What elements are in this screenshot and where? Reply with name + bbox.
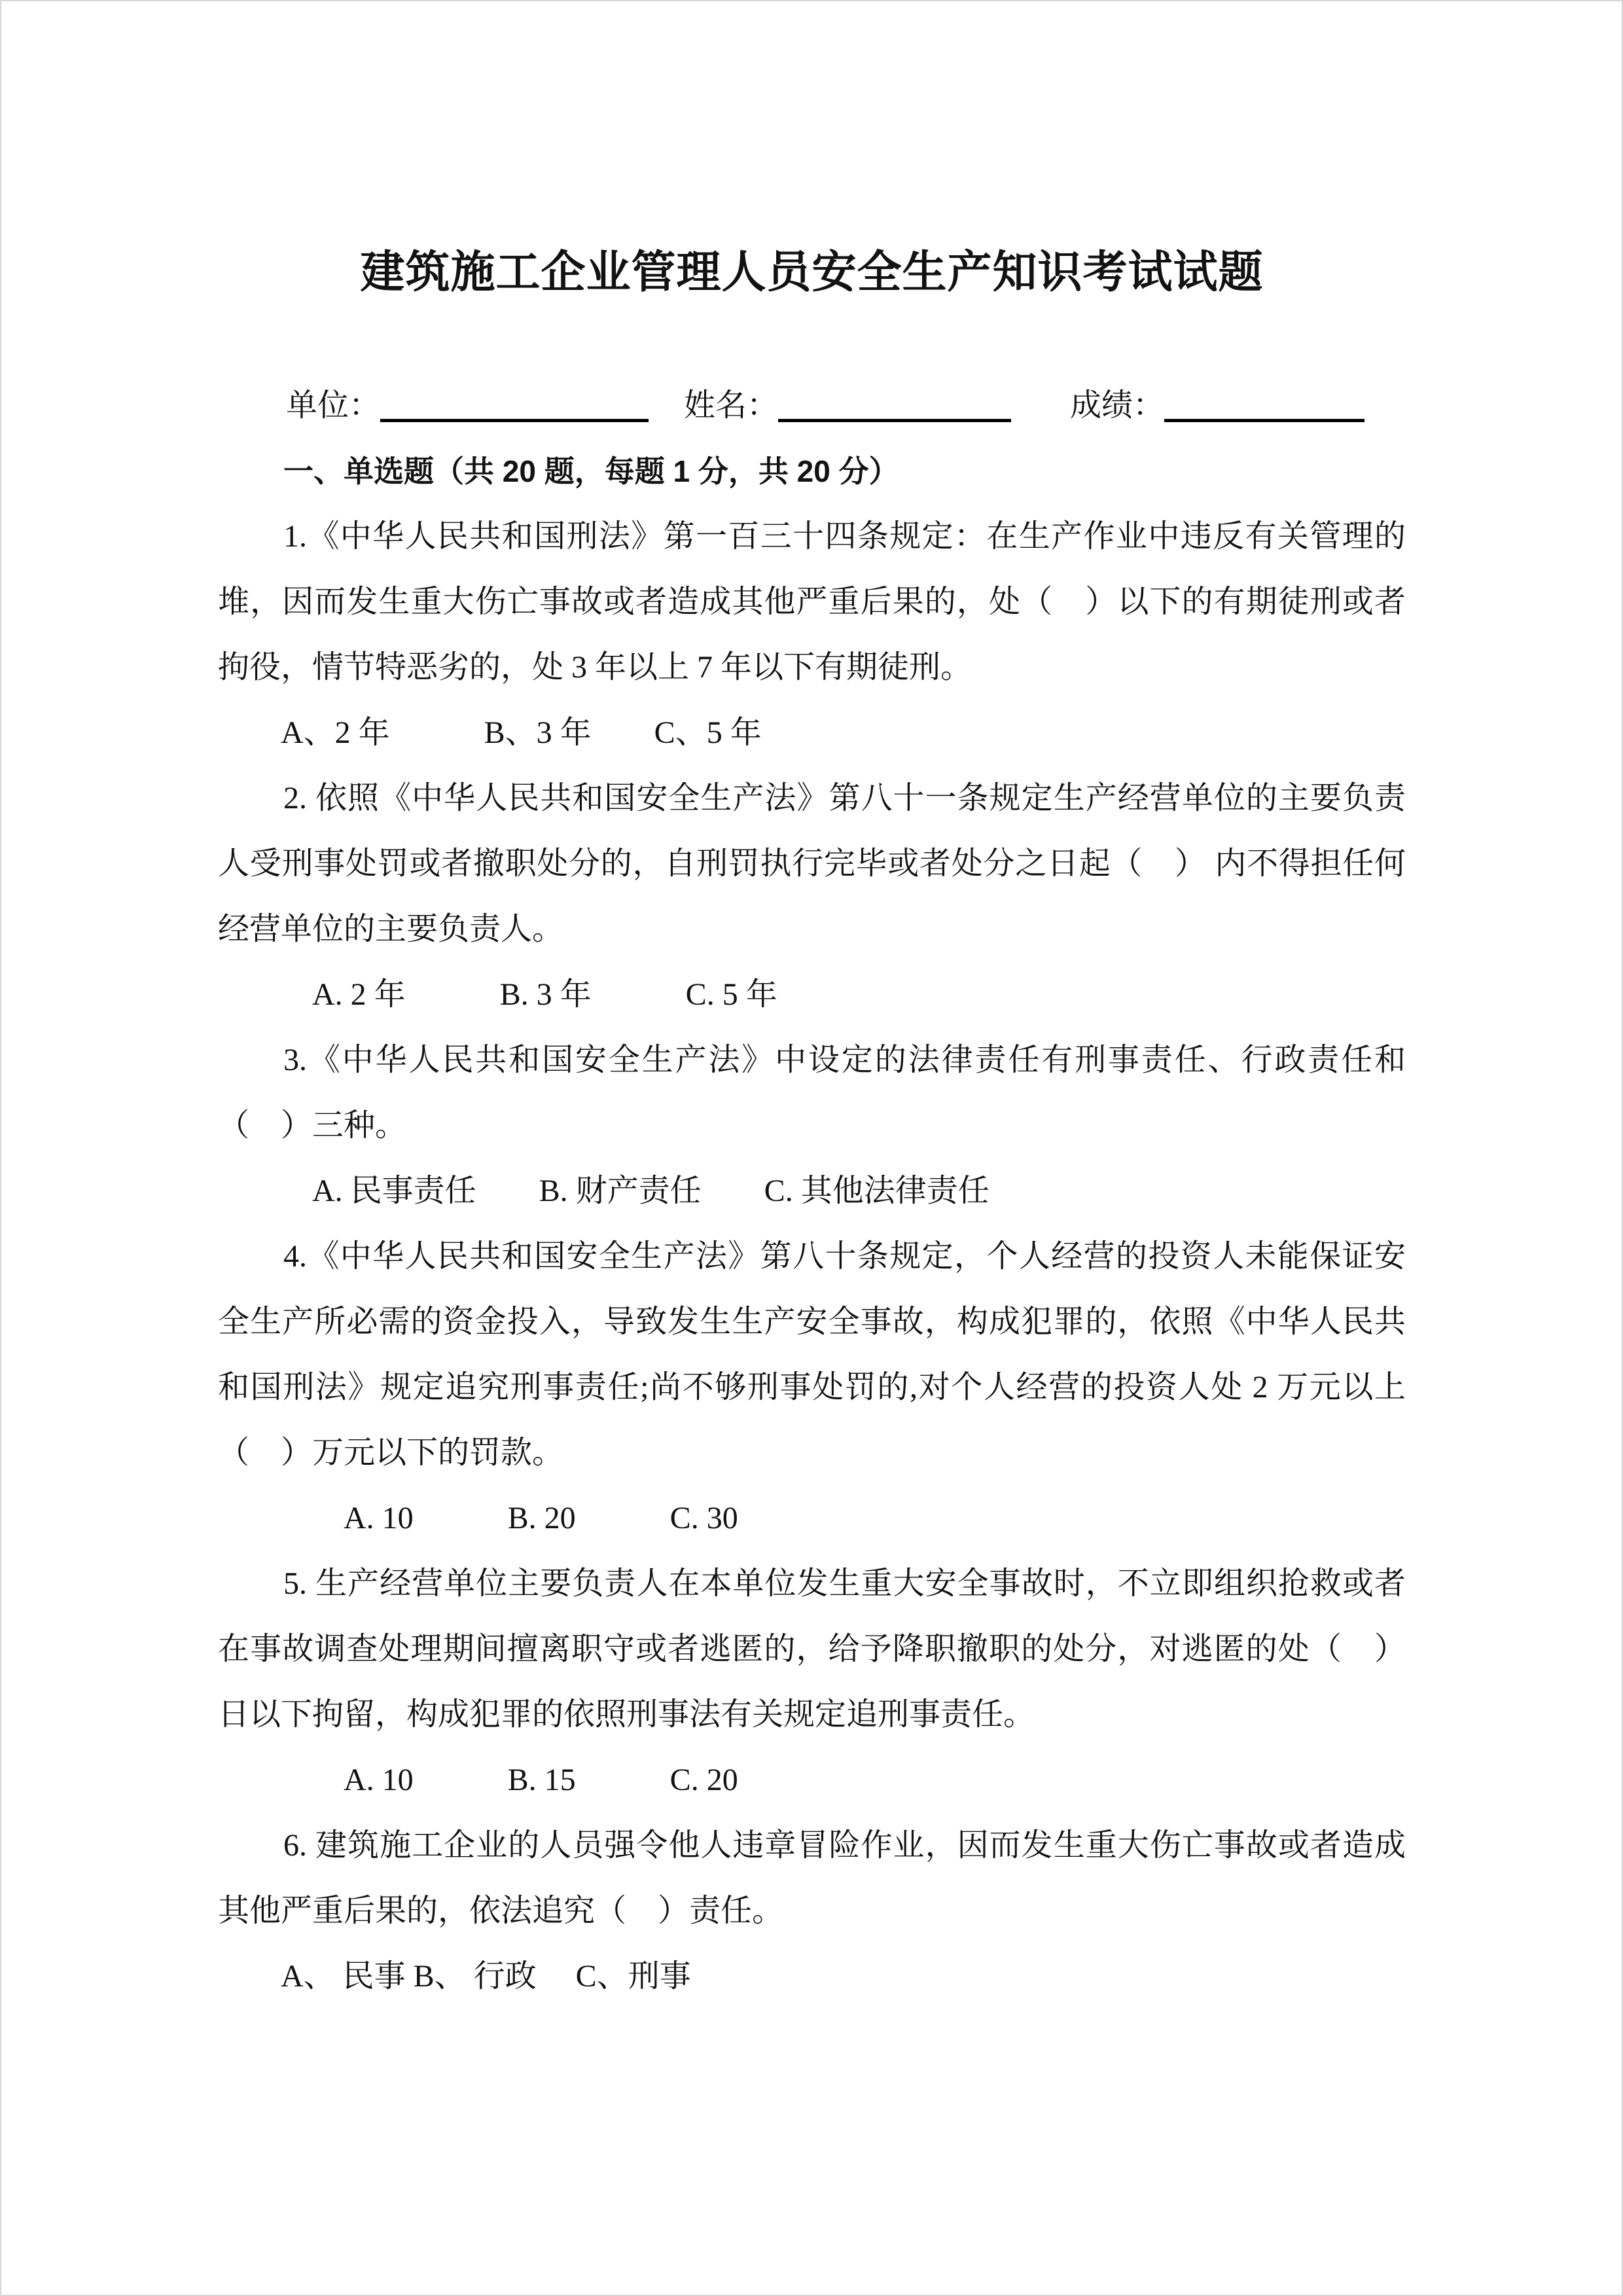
exam-page: 建筑施工企业管理人员安全生产知识考试试题 单位：姓名：成绩： 一、单选题（共 2… xyxy=(0,0,1623,2296)
score-label: 成绩： xyxy=(1070,373,1164,439)
question-options: A、2 年 B、3 年 C、5 年 xyxy=(218,700,1406,766)
score-blank-line xyxy=(1164,386,1364,422)
question-5: 5. 生产经营单位主要负责人在本单位发生重大安全事故时，不立即组织抢救或者在事故… xyxy=(218,1551,1406,1813)
question-text: 2. 依照《中华人民共和国安全生产法》第八十一条规定生产经营单位的主要负责人受刑… xyxy=(218,766,1406,962)
section-heading: 一、单选题（共 20 题，每题 1 分，共 20 分） xyxy=(218,439,1406,504)
header-fields: 单位：姓名：成绩： xyxy=(218,373,1406,439)
question-options: A. 10 B. 15 C. 20 xyxy=(218,1748,1406,1813)
name-label: 姓名： xyxy=(684,373,778,439)
question-text: 4.《中华人民共和国安全生产法》第八十条规定，个人经营的投资人未能保证安全生产所… xyxy=(218,1224,1406,1486)
question-1: 1.《中华人民共和国刑法》第一百三十四条规定：在生产作业中违反有关管理的堆，因而… xyxy=(218,504,1406,766)
question-text: 1.《中华人民共和国刑法》第一百三十四条规定：在生产作业中违反有关管理的堆，因而… xyxy=(218,504,1406,700)
field-name: 姓名： xyxy=(684,388,1070,423)
question-6: 6. 建筑施工企业的人员强令他人违章冒险作业，因而发生重大伤亡事故或者造成其他严… xyxy=(218,1813,1406,2009)
field-unit: 单位： xyxy=(286,388,684,423)
question-options: A. 10 B. 20 C. 30 xyxy=(218,1486,1406,1551)
page-title: 建筑施工企业管理人员安全生产知识考试试题 xyxy=(218,240,1406,305)
unit-blank-line xyxy=(380,386,649,422)
question-list: 1.《中华人民共和国刑法》第一百三十四条规定：在生产作业中违反有关管理的堆，因而… xyxy=(218,504,1406,2009)
question-text: 5. 生产经营单位主要负责人在本单位发生重大安全事故时，不立即组织抢救或者在事故… xyxy=(218,1551,1406,1748)
page-content: 建筑施工企业管理人员安全生产知识考试试题 单位：姓名：成绩： 一、单选题（共 2… xyxy=(1,1,1622,2295)
question-2: 2. 依照《中华人民共和国安全生产法》第八十一条规定生产经营单位的主要负责人受刑… xyxy=(218,766,1406,1028)
question-3: 3.《中华人民共和国安全生产法》中设定的法律责任有刑事责任、行政责任和（ ）三种… xyxy=(218,1028,1406,1224)
name-blank-line xyxy=(778,386,1011,422)
question-text: 3.《中华人民共和国安全生产法》中设定的法律责任有刑事责任、行政责任和（ ）三种… xyxy=(218,1028,1406,1158)
field-score: 成绩： xyxy=(1070,388,1364,423)
question-text: 6. 建筑施工企业的人员强令他人违章冒险作业，因而发生重大伤亡事故或者造成其他严… xyxy=(218,1813,1406,1944)
question-options: A. 民事责任 B. 财产责任 C. 其他法律责任 xyxy=(218,1158,1406,1224)
unit-label: 单位： xyxy=(286,373,380,439)
question-options: A、 民事 B、 行政 C、刑事 xyxy=(218,1944,1406,2009)
question-options: A. 2 年 B. 3 年 C. 5 年 xyxy=(218,962,1406,1028)
question-4: 4.《中华人民共和国安全生产法》第八十条规定，个人经营的投资人未能保证安全生产所… xyxy=(218,1224,1406,1551)
